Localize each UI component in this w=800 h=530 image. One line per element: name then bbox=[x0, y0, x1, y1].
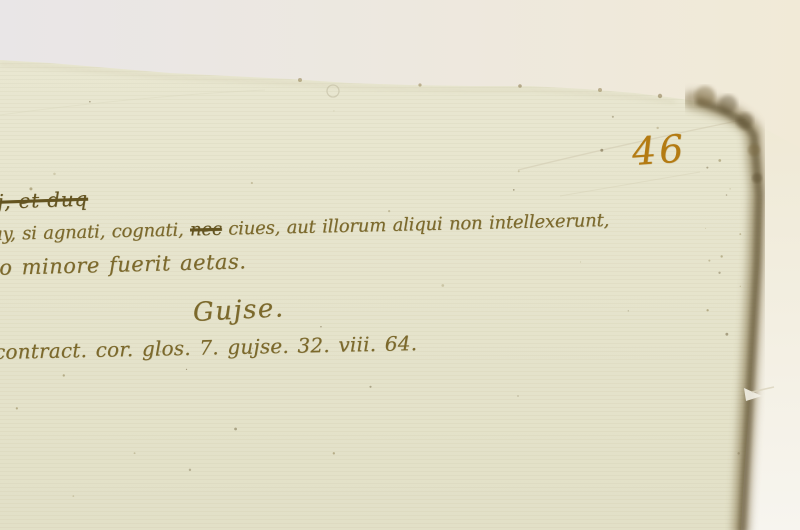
line1-struck-word: nec bbox=[190, 219, 222, 241]
manuscript-photo: 46 ij, et duq ay, si agnati, cognati, ne… bbox=[0, 0, 800, 530]
page-number: 46 bbox=[630, 126, 687, 174]
struck-out-line: ij, et duq bbox=[0, 187, 88, 214]
section-heading: Gujse. bbox=[192, 293, 285, 328]
